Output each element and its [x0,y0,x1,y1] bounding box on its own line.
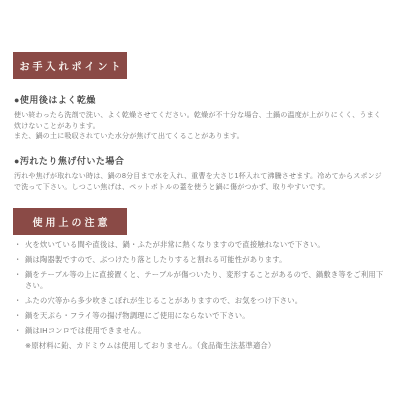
materials-safety-note: ※原材料に鉛、カドミウムは使用しておりません。（食品衛生法基準適合） [14,341,388,352]
bullet-icon: ・ [14,326,25,337]
usage-caution-badge: 使用上の注意 [13,208,127,235]
bullet-icon: ・ [14,240,25,251]
caution-item-text: 鍋はIHコンロでは使用できません。 [25,326,388,337]
care-section-heading: ●使用後はよく乾燥 [14,94,388,106]
care-section: ●使用後はよく乾燥 使い終わったら洗剤で洗い、よく乾燥させてください。乾燥が不十… [14,94,388,143]
care-section-body: 汚れや焦げが取れない時は、鍋の8分目まで水を入れ、重曹を大さじ1杯入れて沸騰させ… [14,172,388,193]
care-section: ●汚れたり焦げ付いた場合 汚れや焦げが取れない時は、鍋の8分目まで水を入れ、重曹… [14,155,388,193]
bullet-icon: ・ [14,311,25,322]
caution-list-item: ・ 鍋をテーブル等の上に直接置くと、テーブルが傷ついたり、変形することがあるので… [14,270,388,291]
caution-item-text: 鍋は陶器製ですので、ぶつけたり落としたりすると割れる可能性があります。 [25,255,388,266]
bullet-icon: ・ [14,255,25,266]
caution-item-text: 鍋を天ぷら・フライ等の揚げ物調理にご使用にならないで下さい。 [25,311,388,322]
caution-list-item: ・ 鍋を天ぷら・フライ等の揚げ物調理にご使用にならないで下さい。 [14,311,388,322]
caution-list-item: ・ ふたの穴等から多少吹きこぼれが生じることがありますので、お気をつけ下さい。 [14,296,388,307]
caution-item-text: 鍋をテーブル等の上に直接置くと、テーブルが傷ついたり、変形することがあるので、鍋… [25,270,388,291]
caution-list-item: ・ 鍋は陶器製ですので、ぶつけたり落としたりすると割れる可能性があります。 [14,255,388,266]
care-section-body: 使い終わったら洗剤で洗い、よく乾燥させてください。乾燥が不十分な場合、土鍋の温度… [14,111,388,143]
care-points-badge: お手入れポイント [13,52,127,79]
caution-item-text: ふたの穴等から多少吹きこぼれが生じることがありますので、お気をつけ下さい。 [25,296,388,307]
care-instructions-page: お手入れポイント ●使用後はよく乾燥 使い終わったら洗剤で洗い、よく乾燥させてく… [0,0,400,400]
bullet-icon: ・ [14,270,25,281]
caution-list: ・ 火を炊いている間や直後は、鍋・ふたが非常に熱くなりますので直接触れないで下さ… [14,240,388,351]
bullet-icon: ・ [14,296,25,307]
caution-list-item: ・ 火を炊いている間や直後は、鍋・ふたが非常に熱くなりますので直接触れないで下さ… [14,240,388,251]
caution-list-item: ・ 鍋はIHコンロでは使用できません。 [14,326,388,337]
caution-item-text: 火を炊いている間や直後は、鍋・ふたが非常に熱くなりますので直接触れないで下さい。 [25,240,388,251]
care-section-heading: ●汚れたり焦げ付いた場合 [14,155,388,167]
